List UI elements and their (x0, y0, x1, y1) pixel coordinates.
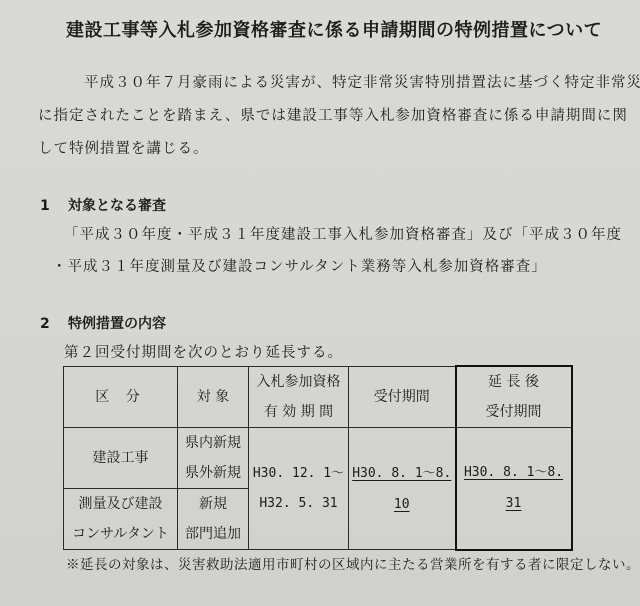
section-1-line-2: ・平成３１年度測量及び建設コンサルタント業務等入札参加資格審査」 (52, 255, 547, 276)
section-2-lead: 第２回受付期間を次のとおり延長する。 (64, 341, 343, 362)
table-row: 建設工事 県内新規 県外新規 H30. 12. 1～ H32. 5. 31 H3… (64, 428, 572, 489)
header-target: 対 象 (178, 366, 249, 428)
document-title: 建設工事等入札参加資格審査に係る申請期間の特例措置について (66, 16, 602, 42)
validity-period-cell: H30. 12. 1～ H32. 5. 31 (249, 428, 349, 550)
extension-table: 区 分 対 象 入札参加資格 有 効 期 間 受付期間 延 長 後 受付期間 建… (63, 365, 573, 551)
row-2-target: 新規 部門追加 (178, 489, 249, 550)
extended-period-cell: H30. 8. 1～8. 31 (456, 428, 572, 550)
intro-line-3: して特例措置を講じる。 (38, 137, 209, 158)
intro-line-1: 平成３０年７月豪雨による災害が、特定非常災害特別措置法に基づく特定非常災害 (84, 71, 640, 92)
section-2-heading: 2特例措置の内容 (40, 313, 166, 333)
section-1-number: 1 (40, 198, 68, 214)
reception-period-cell: H30. 8. 1～8. 10 (349, 428, 456, 550)
section-1-heading: 1対象となる審査 (40, 195, 166, 215)
footnote: ※延長の対象は、災害救助法適用市町村の区域内に主たる営業所を有する者に限定しない… (66, 553, 640, 573)
row-1-target: 県内新規 県外新規 (178, 428, 249, 489)
header-validity: 入札参加資格 有 効 期 間 (249, 366, 349, 428)
intro-line-2: に指定されたことを踏まえ、県では建設工事等入札参加資格審査に係る申請期間に関 (38, 104, 628, 125)
row-2-category: 測量及び建設 コンサルタント (64, 489, 178, 550)
header-category: 区 分 (64, 366, 178, 428)
header-extended: 延 長 後 受付期間 (456, 366, 572, 428)
section-1-title: 対象となる審査 (68, 198, 166, 214)
section-2-title: 特例措置の内容 (68, 316, 166, 332)
table-header-row: 区 分 対 象 入札参加資格 有 効 期 間 受付期間 延 長 後 受付期間 (64, 366, 572, 428)
section-1-line-1: 「平成３０年度・平成３１年度建設工事入札参加資格審査」及び「平成３０年度 (64, 223, 622, 244)
section-2-number: 2 (40, 316, 68, 332)
header-reception: 受付期間 (349, 366, 456, 428)
row-1-category: 建設工事 (64, 428, 178, 489)
